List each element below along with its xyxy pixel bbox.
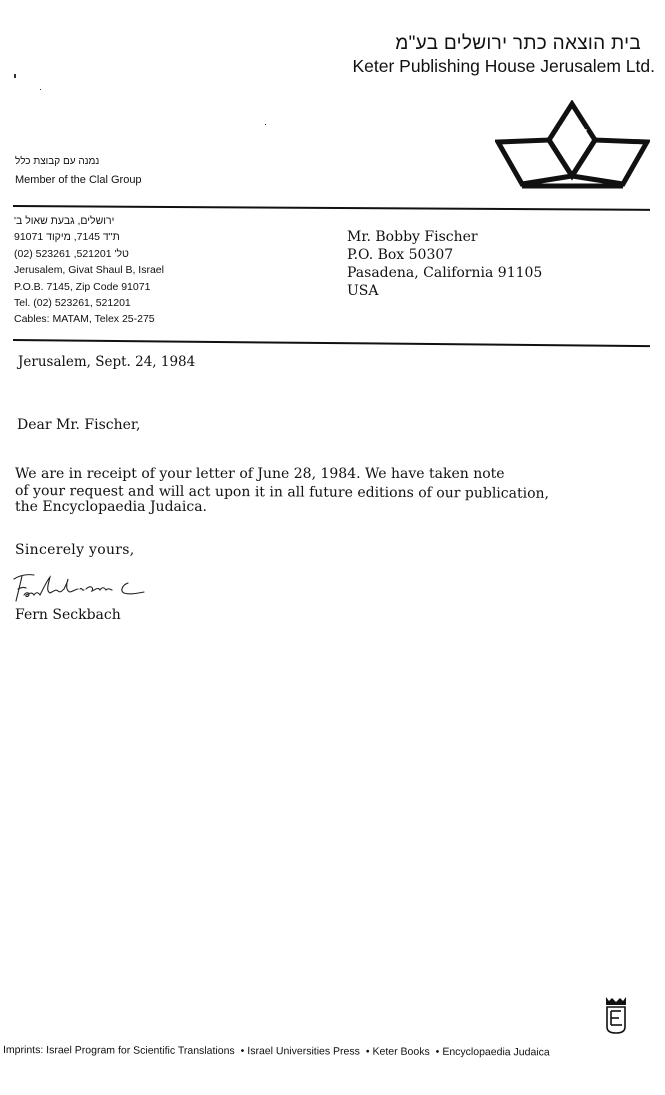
closing: Sincerely yours, xyxy=(15,542,135,558)
recipient-line: Pasadena, California 91105 xyxy=(347,264,542,282)
handwritten-signature-icon xyxy=(10,565,150,605)
separator: • xyxy=(436,1046,440,1058)
separator: • xyxy=(366,1046,370,1058)
sender-address: ירושלים, גבעת שאול ב' ת"ד 7145, מיקוד 91… xyxy=(14,213,164,328)
keter-star-logo-icon xyxy=(495,100,650,195)
imprints-label: Imprints: xyxy=(3,1044,43,1056)
address-line: Jerusalem, Givat Shaul B, Israel xyxy=(14,262,164,278)
address-line: P.O.B. 7145, Zip Code 91071 xyxy=(14,279,164,295)
address-hebrew-line: ירושלים, גבעת שאול ב' xyxy=(14,213,164,229)
company-hebrew-name: בית הוצאה כתר ירושלים בע"מ xyxy=(395,33,641,55)
letter-body: We are in receipt of your letter of June… xyxy=(15,466,655,516)
separator: • xyxy=(241,1045,245,1057)
clal-group-label: Member of the Clal Group xyxy=(15,174,142,186)
recipient-line: P.O. Box 50307 xyxy=(347,246,542,264)
address-hebrew-line: טל' 521201, 523261 (02) xyxy=(14,246,164,262)
imprint-item: Israel Universities Press xyxy=(247,1045,360,1057)
imprints-footer: Imprints: Israel Program for Scientific … xyxy=(3,1044,550,1058)
clal-group-hebrew: נמנה עם קבוצת כלל xyxy=(15,156,99,167)
address-hebrew-line: ת"ד 7145, מיקוד 91071 xyxy=(14,229,164,245)
scan-speck xyxy=(40,89,41,90)
signer-name: Fern Seckbach xyxy=(15,607,121,623)
letter-date: Jerusalem, Sept. 24, 1984 xyxy=(18,354,195,370)
imprint-item: Keter Books xyxy=(373,1046,430,1058)
recipient-line: Mr. Bobby Fischer xyxy=(347,228,542,246)
imprint-item: Encyclopaedia Judaica xyxy=(442,1046,549,1058)
recipient-address: Mr. Bobby Fischer P.O. Box 50307 Pasaden… xyxy=(347,228,542,300)
salutation: Dear Mr. Fischer, xyxy=(17,417,141,433)
address-line: Cables: MATAM, Telex 25-275 xyxy=(14,311,164,327)
scan-speck xyxy=(14,74,16,78)
scan-speck xyxy=(265,124,266,125)
company-name: Keter Publishing House Jerusalem Ltd. xyxy=(352,56,655,77)
imprint-item: Israel Program for Scientific Translatio… xyxy=(46,1044,235,1057)
body-line: We are in receipt of your letter of June… xyxy=(15,466,655,483)
address-divider xyxy=(13,339,650,347)
body-line: of your request and will act upon it in … xyxy=(15,483,655,503)
header-divider xyxy=(13,205,650,211)
recipient-line: USA xyxy=(347,282,542,300)
address-line: Tel. (02) 523261, 521201 xyxy=(14,295,164,311)
encyclopaedia-judaica-emblem-icon xyxy=(603,995,629,1035)
